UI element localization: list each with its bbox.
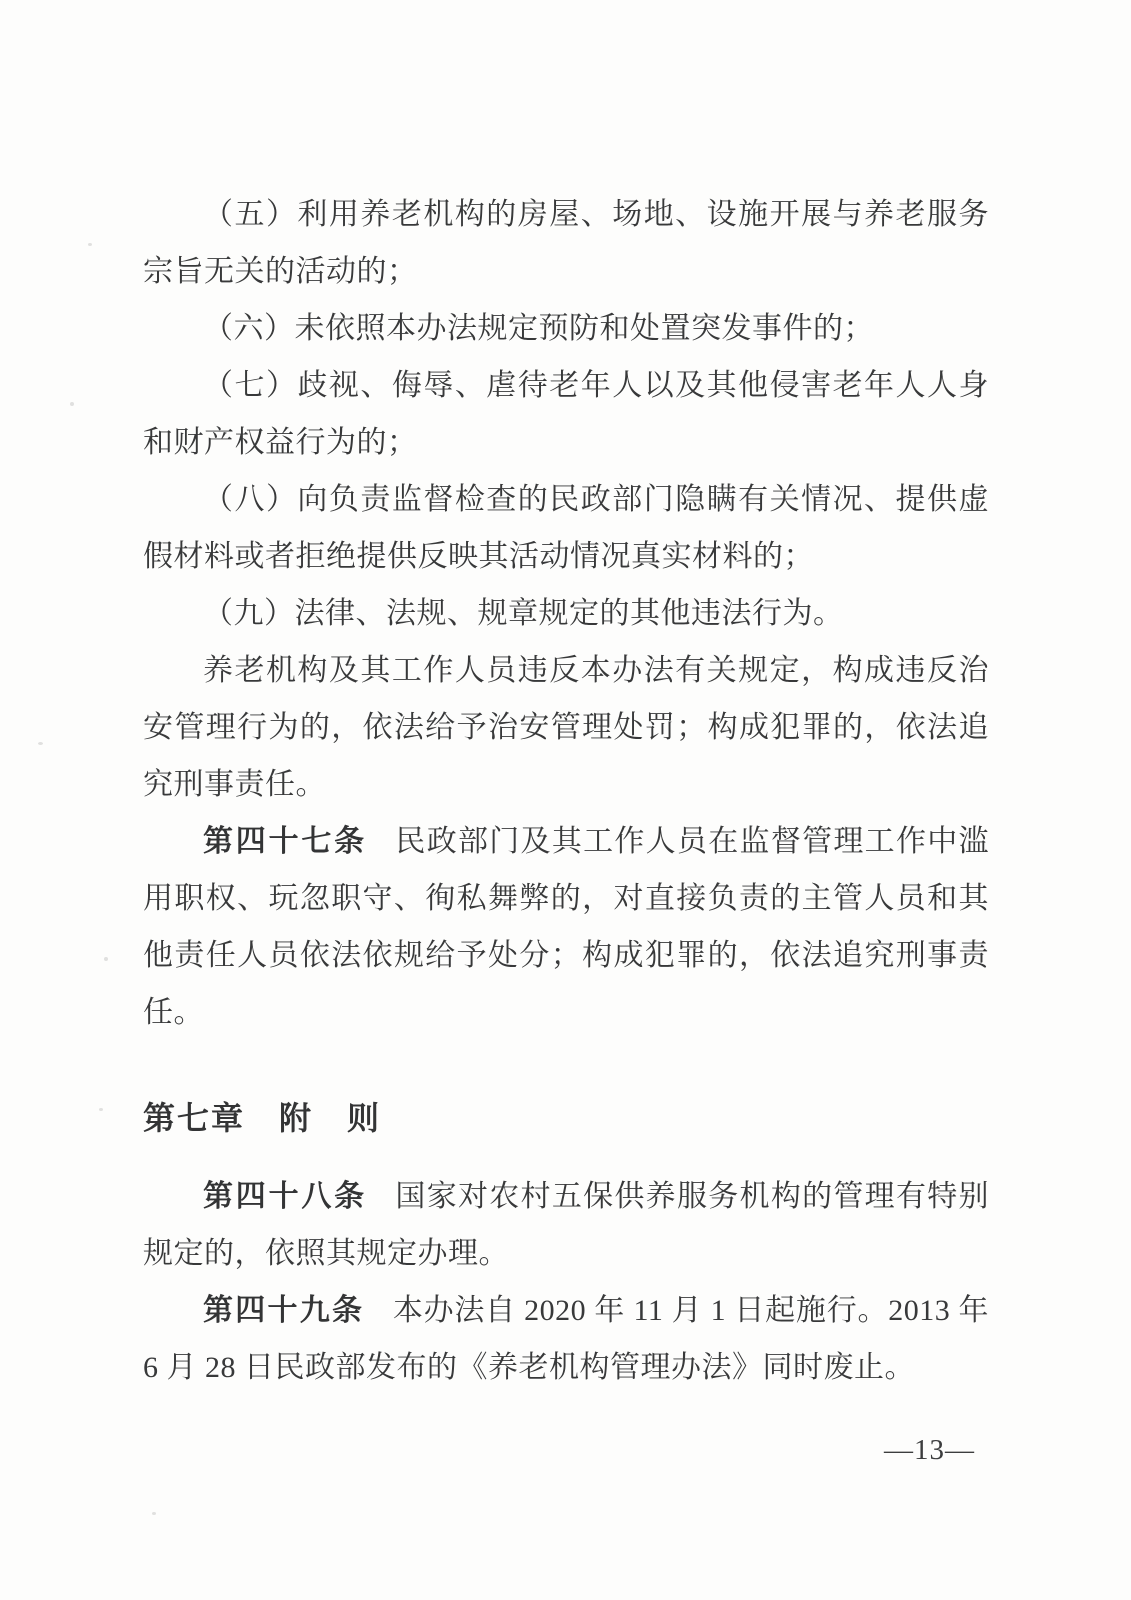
article-47: 第四十七条民政部门及其工作人员在监督管理工作中滥用职权、玩忽职守、徇私舞弊的，对…: [143, 813, 989, 1041]
scan-noise-speck: [99, 1108, 103, 1111]
article-49: 第四十九条本办法自 2020 年 11 月 1 日起施行。2013 年 6 月 …: [143, 1282, 989, 1396]
scan-noise-speck: [38, 742, 43, 745]
article-49-number: 第四十九条: [203, 1294, 364, 1327]
scan-noise-speck: [88, 243, 92, 246]
article-47-number: 第四十七条: [203, 825, 367, 858]
scan-noise-speck: [70, 402, 74, 406]
clause-item-9: （九）法律、法规、规章规定的其他违法行为。: [143, 585, 989, 642]
chapter-heading: 第七章 附 则: [143, 1090, 989, 1147]
document-page: （五）利用养老机构的房屋、场地、设施开展与养老服务宗旨无关的活动的； （六）未依…: [0, 0, 1131, 1600]
article-48-number: 第四十八条: [203, 1180, 367, 1213]
clause-item-7: （七）歧视、侮辱、虐待老年人以及其他侵害老年人人身和财产权益行为的；: [143, 357, 989, 471]
clause-item-6: （六）未依照本办法规定预防和处置突发事件的；: [143, 300, 989, 357]
scan-noise-speck: [104, 957, 108, 961]
page-number: —13—: [884, 1434, 975, 1467]
scan-noise-speck: [152, 1512, 156, 1515]
clause-item-5: （五）利用养老机构的房屋、场地、设施开展与养老服务宗旨无关的活动的；: [143, 186, 989, 300]
clause-item-8: （八）向负责监督检查的民政部门隐瞒有关情况、提供虚假材料或者拒绝提供反映其活动情…: [143, 471, 989, 585]
document-body: （五）利用养老机构的房屋、场地、设施开展与养老服务宗旨无关的活动的； （六）未依…: [143, 186, 989, 1396]
liability-paragraph: 养老机构及其工作人员违反本办法有关规定，构成违反治安管理行为的，依法给予治安管理…: [143, 642, 989, 813]
article-48: 第四十八条国家对农村五保供养服务机构的管理有特别规定的，依照其规定办理。: [143, 1168, 989, 1282]
